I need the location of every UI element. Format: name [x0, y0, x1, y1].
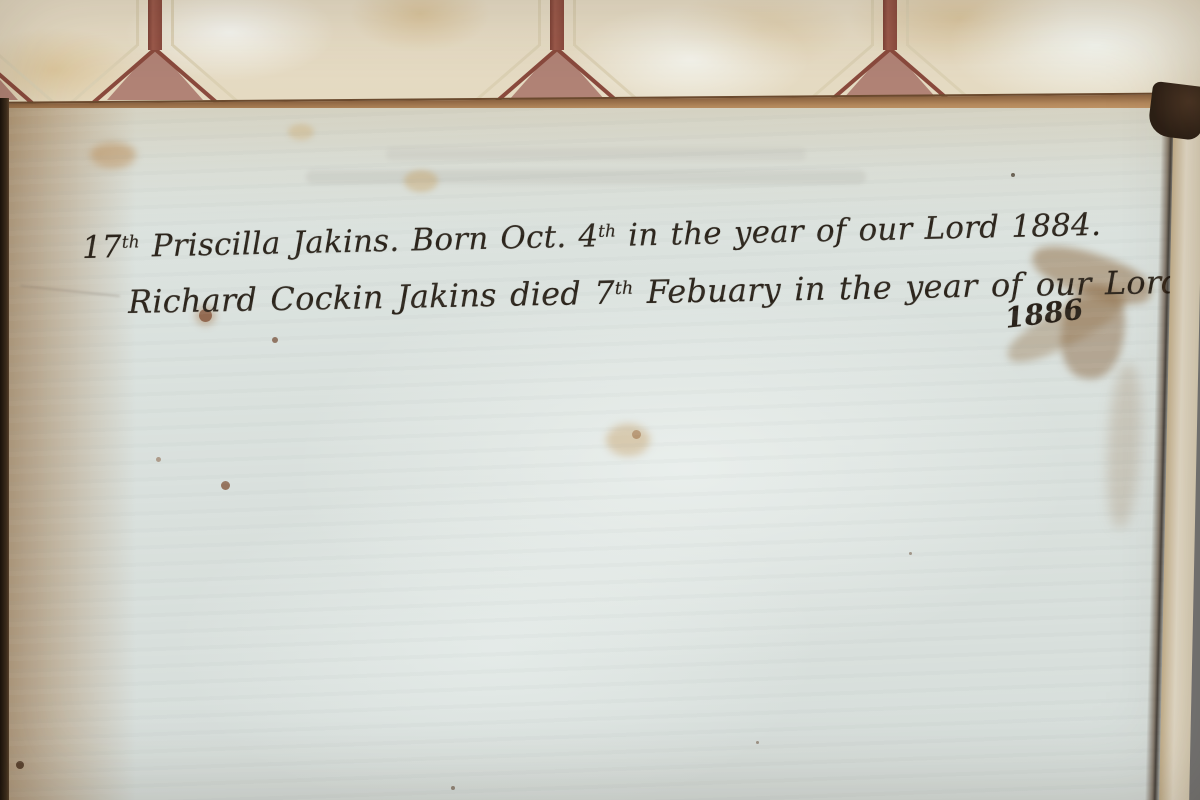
tile-edge-line — [906, 0, 909, 46]
tile-edge-line — [171, 0, 174, 46]
stain-spot — [606, 424, 650, 456]
showthrough-text-ghost — [306, 170, 866, 184]
tile-edge-line — [136, 0, 139, 46]
grout-triangle — [509, 46, 605, 100]
ink-smudge — [1104, 362, 1145, 528]
inscription-segment: in the year of our Lord 1884. — [616, 207, 1102, 254]
inscription-segment: Priscilla Jakins. Born Oct. 4 — [139, 218, 598, 264]
stain-spot — [288, 124, 314, 140]
ordinal-suffix: th — [598, 222, 616, 242]
photo-of-book-page: 17th Priscilla Jakins. Born Oct. 4th in … — [0, 0, 1200, 800]
stain-spot — [632, 430, 641, 439]
page-gutter-shading — [6, 108, 136, 800]
stain-spot — [756, 741, 759, 744]
stain-spot — [272, 337, 278, 343]
book-page: 17th Priscilla Jakins. Born Oct. 4th in … — [6, 108, 1174, 800]
stain-spot — [221, 481, 230, 490]
entry-number: 17 — [82, 229, 123, 266]
grout-stem — [883, 0, 897, 50]
stain-spot — [404, 170, 438, 192]
book-spine-edge — [0, 98, 9, 800]
stain-spot — [1011, 173, 1015, 177]
showthrough-text-ghost — [386, 148, 806, 160]
grout-stem — [550, 0, 564, 50]
stain-spot — [909, 552, 912, 555]
tile-edge-line — [538, 0, 541, 46]
grout-stem — [148, 0, 162, 50]
tile-edge-line — [573, 0, 576, 46]
stain-spot — [451, 786, 455, 790]
ordinal-suffix: th — [122, 232, 140, 252]
inscription-segment: Richard Cockin Jakins died 7 — [128, 274, 616, 321]
ordinal-suffix: th — [615, 279, 634, 299]
handwritten-entry-line-1: 17th Priscilla Jakins. Born Oct. 4th in … — [82, 207, 1102, 266]
stain-spot — [16, 761, 24, 769]
stain-spot — [90, 142, 136, 168]
stain-spot — [156, 457, 161, 462]
grout-triangle — [842, 46, 938, 100]
tile-edge-line — [871, 0, 874, 46]
grout-triangle — [107, 46, 203, 100]
